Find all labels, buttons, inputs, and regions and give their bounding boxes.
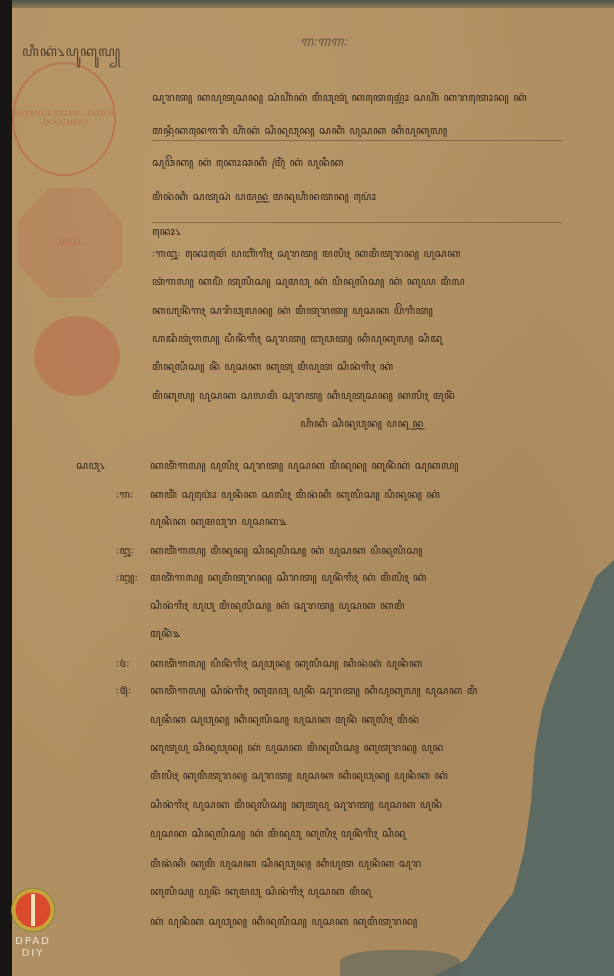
header-line: ꦩꦤ꧀ꦝꦶꦏꦤꦺꦒꦫꦶ ꦲꦶꦁꦏꦁ ꦱꦶꦤꦸꦮꦸꦤ꧀ ꦱꦏꦶꦁ ꦥꦸꦱꦏ ꦏꦶꦥ…: [152, 123, 572, 137]
red-seal: [34, 316, 120, 396]
body-line: ꦲꦢꦶꦠꦸꦁꦒꦭ꧀ ꦥꦶꦤꦶꦁꦒꦶꦃ ꦱꦸꦫꦠ꧀ ꦧꦸꦮꦠ꧀ ꦏꦶꦥꦸꦏꦸꦭ꧀ …: [152, 331, 572, 345]
item-text-continued: ꦥꦸꦱꦏ ꦱꦶꦤꦸꦭꦶꦱ꧀ ꦏꦁ ꦩꦶꦤꦸꦮꦸ ꦏꦸꦭꦶꦃ ꦥꦸꦤꦶꦁꦒꦶꦃ ꦱ…: [150, 826, 550, 840]
body-line: ꦠꦁꦒꦭ꧀ ꦏꦥꦶꦁ ꦠꦸꦭꦶꦱ꧀ ꦱꦸꦩꦮꦸ ꦏꦁ ꦥꦶꦤꦸꦭꦶꦱ꧀ ꦏꦁ ꦏ…: [152, 274, 572, 288]
body-line: ꦩꦶꦏꦸꦭ꧀ ꦥꦸꦱꦏ ꦱꦭꦩꦶ ꦱꦸꦫꦠ꧀ ꦏꦶꦥꦸꦠꦸꦱꦤ꧀ ꦏꦭꦶꦃ ꦩꦸ…: [152, 388, 572, 402]
item-text: ꦏꦠꦶꦁ ꦱꦸꦮꦺꦴꦁ ꦥꦸꦤꦶꦏ ꦱꦭꦶꦃ ꦩꦶꦤꦁꦏꦶ ꦏꦸꦭꦶꦱ꧀ ꦥꦶꦤ…: [150, 487, 570, 501]
item-text-continued: ꦥꦸꦤꦶꦏ ꦏꦸꦩꦮꦸꦫ ꦥꦸꦱꦏ꧉: [150, 514, 450, 528]
item-text-continued: ꦏꦸꦭꦶꦱ꧀ ꦥꦸꦤꦶꦁ ꦏꦸꦩꦮꦸ ꦱꦶꦤꦁꦒꦶꦃ ꦥꦸꦱꦏ ꦩꦶꦤꦸ: [150, 884, 540, 898]
page-number-mark: ꦒ꧇꧑꧑꧇: [300, 30, 347, 59]
scan-left-edge: [0, 0, 12, 976]
stamp-text: REVENUE STAMP · PAPIER · DOCUMENT: [14, 110, 114, 128]
item-marker: ꧇꧔꧇: [116, 656, 146, 670]
water-stain: [340, 950, 460, 976]
ruled-line: [152, 222, 562, 223]
watermark-label: DPAD DIY: [8, 936, 58, 960]
item-text: ꦏꦠꦶꦁꦒꦭ꧀ ꦩꦶꦤꦸꦤ꧀ ꦱꦶꦤꦸꦭꦶꦱ꧀ ꦏꦁ ꦥꦸꦱꦏ ꦥꦶꦤꦸꦭꦶꦱ꧀: [150, 543, 570, 557]
dpad-diy-watermark: DPAD DIY: [8, 888, 58, 974]
body-line: ꦏꦲꦸꦤꦶꦁꦒꦃ ꦱꦫꦶꦮꦸꦭꦤ꧀ ꦏꦁ ꦩꦶꦠꦸꦫꦠ꧀ ꦥꦸꦱꦏ ꦥꦼꦁꦒꦶꦠ…: [152, 303, 572, 317]
document-scan: ꦲꦶꦏꦁ꧈ꦥꦸꦏꦸꦭ꧀ ꦒ꧇꧑꧑꧇ REVENUE STAMP · PAPIER…: [0, 0, 614, 976]
header-line: ꦱꦸꦮꦼꦏ꧀ ꦏꦁ ꦏꦺꦴꦕꦏꦶ ꦩꦿꦶꦁ ꦏꦁ ꦥꦸꦤꦶꦏ: [152, 155, 572, 169]
body-line: ꧇꧑꧒꧇ ꦤꦺꦴꦩꦺꦂ ꦥꦚꦶꦁꦒꦶꦃ ꦱꦸꦫꦠ꧀ ꦩꦭꦶꦃ ꦏꦩꦶꦠꦸꦫꦤ꧀ …: [152, 246, 572, 260]
item-text-continued: ꦩꦶꦭꦶꦃ ꦏꦸꦩꦶꦠꦸꦫꦤ꧀ ꦱꦸꦫꦠ꧀ ꦥꦸꦱꦏ ꦏꦶꦤꦸꦮꦸꦤ꧀ ꦥꦸꦤꦶ…: [150, 768, 560, 782]
section-title: ꦲꦶꦏꦶ ꦱꦶꦤꦸꦮꦸꦤ꧀ ꦥꦤꦸꦤ꧀ꦠꦸ: [152, 416, 572, 430]
stamp-text: ZEGEL: [57, 239, 82, 247]
item-marker: ꧇꧑꧇: [116, 487, 146, 501]
item-marker: ꧇꧒꧇: [116, 543, 146, 557]
item-text-continued: ꦩꦸꦤꦶꦁ꧉: [150, 626, 270, 640]
item-text-continued: ꦱꦶꦤꦁꦒꦶꦃ ꦥꦸꦱꦏ ꦩꦶꦤꦸꦭꦶꦱ꧀ ꦏꦸꦠꦸꦥꦸ ꦱꦸꦫꦠ꧀ ꦥꦸꦱꦏ …: [150, 797, 560, 811]
item-text-continued: ꦱꦶꦤꦁꦒꦶꦃ ꦥꦸꦮꦸ ꦩꦶꦤꦸꦭꦶꦱ꧀ ꦏꦁ ꦱꦸꦫꦠ꧀ ꦥꦸꦱꦏ ꦏꦩꦶ: [150, 598, 570, 612]
header-line: ꦩꦶꦤꦁꦏꦶ ꦱꦠꦸꦱꦁ ꦥꦩꦤ꧀ꦠꦸ ꦩꦤꦸꦲꦶꦤꦠꦤ꧀ ꦥꦺꦴꦁ: [152, 189, 572, 203]
item-marker: ꦱꦮꦸ꧈: [76, 458, 136, 472]
item-text-continued: ꦏꦁ ꦥꦸꦤꦶꦏ ꦱꦸꦮꦸꦤ꧀ ꦏꦶꦤꦸꦭꦶꦱ꧀ ꦥꦸꦱꦏ ꦏꦸꦩꦶꦠꦸꦫꦤ꧀: [150, 914, 530, 928]
dpad-emblem-icon: [11, 888, 55, 932]
header-line: ꦤꦺꦴ꧈: [152, 224, 252, 238]
item-text: ꦏꦠꦶꦁꦒꦭ꧀ ꦥꦶꦤꦶꦁꦒꦶꦃ ꦱꦸꦮꦸꦤ꧀ ꦏꦸꦭꦶꦱ꧀ ꦏꦶꦤꦁꦏꦁ ꦥꦸ…: [150, 656, 570, 670]
scan-top-edge: [0, 0, 614, 8]
item-text: ꦏꦠꦶꦁꦒꦭ꧀ ꦥꦸꦭꦶꦃ ꦱꦸꦫꦠ꧀ ꦥꦸꦱꦏ ꦩꦶꦤꦸꦤ꧀ ꦏꦸꦤꦶꦁꦏꦁ …: [150, 458, 570, 472]
body-line: ꦩꦶꦤꦸꦭꦶꦱ꧀ ꦤꦶꦁ ꦥꦸꦱꦏ ꦏꦸꦠꦸ ꦩꦶꦥꦸꦠ ꦱꦶꦤꦁꦒꦶꦃ ꦏꦁ: [152, 359, 572, 373]
item-text: ꦏꦠꦶꦁꦒꦭ꧀ ꦱꦶꦤꦁꦒꦶꦃ ꦏꦸꦩꦮꦸ ꦥꦸꦤꦶꦁ ꦱꦸꦫꦠ꧀ ꦏꦶꦥꦸꦏꦸ…: [150, 683, 570, 697]
item-text-continued: ꦩꦶꦤꦁꦏꦶ ꦏꦸꦩꦶ ꦥꦸꦱꦏ ꦱꦶꦤꦸꦮꦸꦤ꧀ ꦏꦶꦥꦸꦠ ꦥꦸꦤꦶꦏ ꦱꦸ…: [150, 856, 550, 870]
item-marker: ꧇꧓꧇: [116, 570, 146, 584]
header-line: ꦱꦸꦫꦠ꧀ ꦏꦥꦸꦠꦸꦱꦤ꧀ ꦱꦁꦲꦶꦁꦏꦁ ꦩꦶꦮꦸꦠꦸꦁ ꦏꦠꦺꦩ꧀ꦧꦺꦴꦁ…: [152, 90, 572, 104]
item-marker: ꧇꧕꧇: [116, 683, 146, 697]
item-text-continued: ꦏꦸꦠꦸꦥꦸ ꦱꦶꦤꦸꦮꦸꦤ꧀ ꦏꦁ ꦥꦸꦱꦏ ꦩꦶꦤꦸꦭꦶꦱ꧀ ꦏꦸꦠꦸꦫꦤ꧀…: [150, 740, 560, 754]
ruled-line: [152, 140, 562, 141]
revenue-stamp-octagon: ZEGEL: [18, 188, 122, 298]
item-text-continued: ꦥꦸꦤꦶꦏ ꦱꦸꦮꦸꦤ꧀ ꦏꦶꦤꦸꦭꦶꦱ꧀ ꦥꦸꦱꦏ ꦩꦸꦤꦶꦁ ꦏꦸꦭꦶꦃ ꦩ…: [150, 712, 560, 726]
item-text: ꦩꦠꦶꦁꦒꦭ꧀ ꦏꦸꦩꦶꦠꦸꦫꦤ꧀ ꦱꦶꦫꦠ꧀ ꦥꦸꦤꦶꦁꦒꦶꦃ ꦏꦁ ꦩꦶꦭꦶ…: [150, 570, 570, 584]
revenue-stamp-round: REVENUE STAMP · PAPIER · DOCUMENT: [12, 62, 116, 176]
